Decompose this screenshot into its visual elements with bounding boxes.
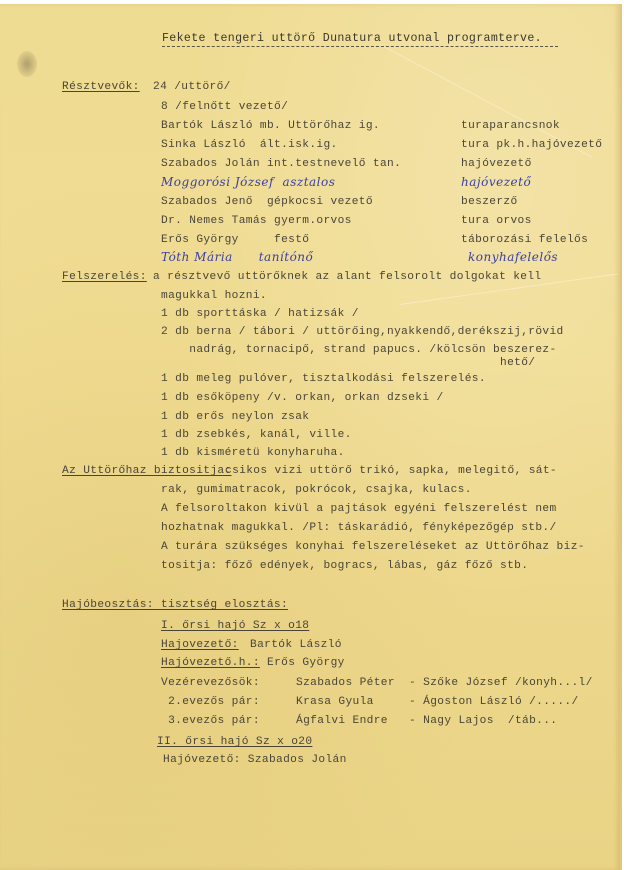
handwritten-participant-name-role: Tóth Mária tanítónő [161,250,313,264]
equipment-intro-cont: magukkal hozni. [161,289,267,303]
boat-1-captain: Bartók László [250,638,342,652]
boat-1-captain-label: Hajovezető: [161,638,239,652]
title-underline [162,46,558,47]
provided-line: csikos vizi uttörő trikó, sapka, melegit… [225,464,557,478]
provided-line: rak, gumimatracok, pokrócok, csajka, kul… [161,483,472,497]
participant-name-role: Bartók László mb. Uttörőhaz ig. [161,119,380,133]
participant-duty: tura orvos [461,214,532,228]
equipment-item: 1 db esőköpeny /v. orkan, orkan dzseki / [161,391,444,405]
equipment-item: 1 db sporttáska / hatizsák / [161,307,359,321]
boat-2-captain-line: Hajóvezető: Szabados Jolán [163,753,347,767]
equipment-item: 2 db berna / tábori / uttörőing,nyakkend… [161,325,564,339]
boats-label: Hajóbeosztás: tisztség elosztás: [62,598,288,612]
provided-line: A felsoroltakon kivül a pajtások egyéni … [161,502,557,516]
handwritten-participant-duty: hajóvezető [461,175,531,189]
handwritten-participant-duty: konyhafelelős [468,250,558,264]
handwritten-participant-name-role: Moggorósi József asztalos [161,175,335,189]
boat-1-heading: I. őrsi hajó Sz x o18 [161,619,309,633]
participant-duty: turaparancsnok [461,119,560,133]
provided-line: tositja: főző edények, bogracs, lábas, g… [161,559,528,573]
boat-1-row-pair: Szabados Péter - Szőke József /konyh...l… [296,676,593,690]
participant-name-role: Dr. Nemes Tamás gyerm.orvos [161,214,352,228]
participant-name-role: Sinka László ált.isk.ig. [161,138,338,152]
participants-label: Résztvevők: [62,80,140,94]
stain-mark [17,51,37,77]
equipment-label: Felszerelés: [62,270,147,284]
boat-1-row-role: Vezérevezősök: [161,676,260,690]
boat-1-deputy: Erős György [267,656,345,670]
participant-duty: táborozási felelős [461,233,588,247]
equipment-item: 1 db kisméretü konyharuha. [161,446,345,460]
participant-count-pioneers: 24 /uttörő/ [153,80,231,94]
equipment-item-cont: hető/ [161,356,535,370]
participant-name-role: Szabados Jolán int.testnevelő tan. [161,157,401,171]
equipment-item: 1 db meleg pulóver, tisztalkodási felsze… [161,372,486,386]
document-title: Fekete tengeri uttörő Dunatura utvonal p… [162,32,542,46]
boat-1-row-pair: Krasa Gyula - Ágoston László /...../ [296,695,579,709]
provided-label: Az Uttörőhaz biztositja: [62,464,232,478]
participant-count-adults: 8 /felnőtt vezető/ [161,100,288,114]
equipment-item: 1 db zsebkés, kanál, ville. [161,428,352,442]
boat-2-heading: II. őrsi hajó Sz x o20 [157,735,312,749]
boat-1-row-role: 2.evezős pár: [161,695,260,709]
boat-1-row-role: 3.evezős pár: [161,714,260,728]
boat-1-row-pair: Ágfalvi Endre - Nagy Lajos /táb... [296,714,557,728]
equipment-item-cont: nadrág, tornacipő, strand papucs. /kölcs… [161,343,557,357]
provided-line: hozhatnak magukkal. /Pl: táskarádió, fén… [161,521,557,535]
participant-name-role: Szabados Jenő gépkocsi vezető [161,195,373,209]
equipment-intro: a résztvevő uttörőknek az alant felsorol… [153,270,542,284]
participant-name-role: Erős György festő [161,233,309,247]
participant-duty: beszerző [461,195,518,209]
participant-duty: tura pk.h.hajóvezető [461,138,602,152]
equipment-item: 1 db erős neylon zsak [161,410,309,424]
provided-line: A turára szükséges konyhai felszerelések… [161,540,585,554]
boat-1-deputy-label: Hajóvezető.h.: [161,656,260,670]
participant-duty: hajóvezető [461,157,532,171]
